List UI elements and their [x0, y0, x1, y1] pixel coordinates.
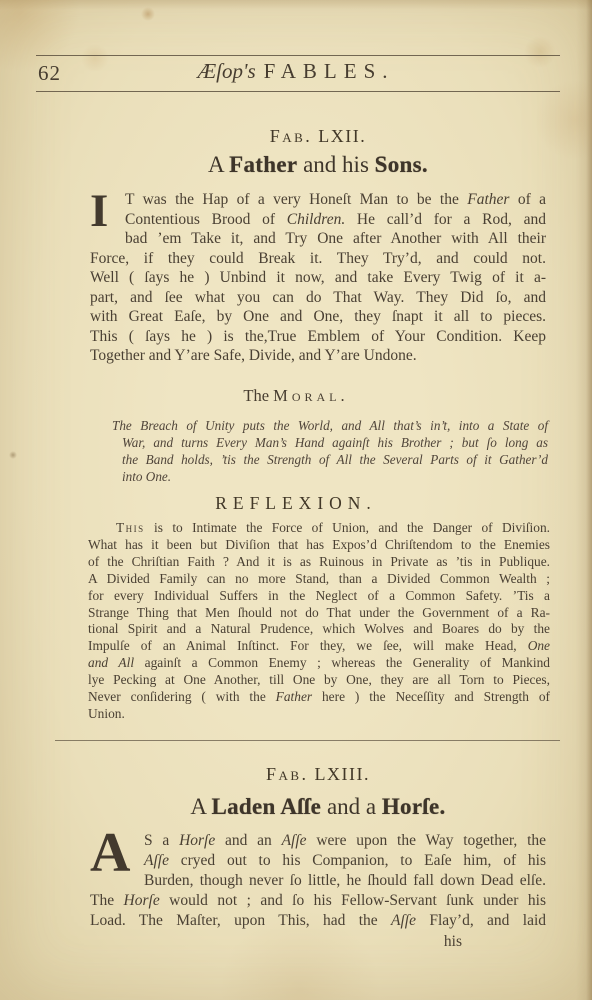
fable-62-body: I T was the Hap of a very Honeſt Man to …	[90, 190, 546, 366]
fable-63-title: A Laden Aſſe and a Horſe.	[90, 794, 546, 820]
fable-63-body: A S a Horſe and an Aſſe were upon the Wa…	[90, 831, 546, 931]
header-rule-bottom	[36, 91, 560, 92]
reflexion-text: This is to Intimate the Force of Union, …	[88, 520, 550, 723]
header-rule-top	[36, 55, 560, 56]
catchword: his	[400, 933, 462, 951]
moral-heading: The Moral.	[0, 386, 592, 406]
book-page-scan: 62 Æſop'sFABLES. Fab. LXII. A Father and…	[0, 0, 592, 1000]
fable-62-heading: Fab. LXII.	[90, 126, 546, 147]
reflexion-heading: REFLEXION.	[0, 493, 592, 514]
fable-63-body-lines: S a Horſe and an Aſſe were upon the Way …	[90, 831, 546, 931]
fable-62-body-lines: T was the Hap of a very Honeſt Man to be…	[90, 190, 546, 366]
fable-62-dropcap: I	[90, 191, 116, 230]
fable-63-dropcap: A	[90, 832, 138, 872]
moral-text: The Breach of Unity puts the World, and …	[112, 418, 548, 486]
fable-62-title: A Father and his Sons.	[90, 152, 546, 178]
running-title: Æſop'sFABLES.	[0, 59, 592, 84]
fable-63-heading: Fab. LXIII.	[90, 764, 546, 785]
running-title-caps: FABLES.	[264, 59, 395, 83]
running-title-author: Æſop's	[197, 59, 255, 83]
section-divider-rule	[55, 740, 560, 741]
